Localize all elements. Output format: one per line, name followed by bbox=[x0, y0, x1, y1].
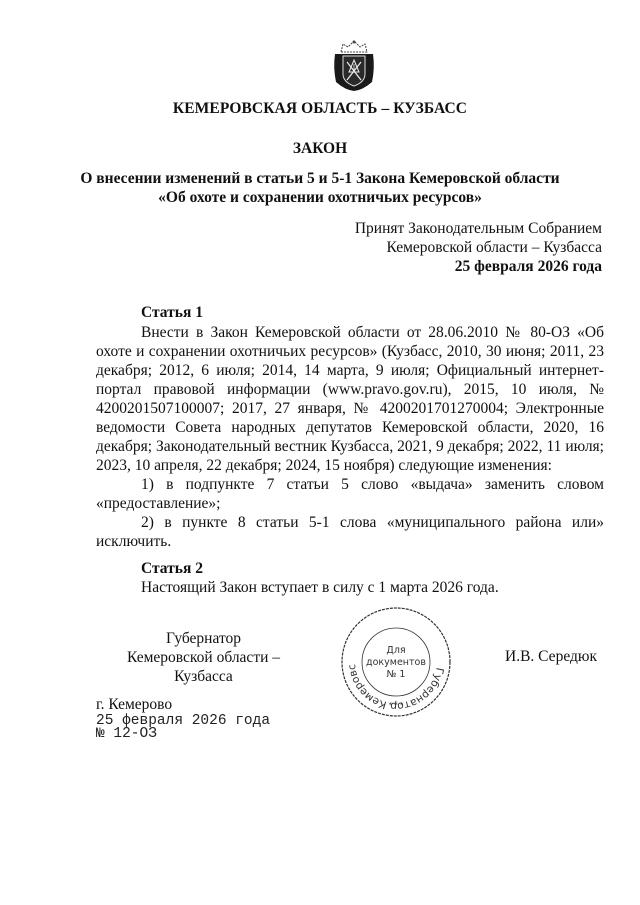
registration-block: 25 февраля 2026 года № 12-ОЗ bbox=[96, 715, 270, 741]
governor-title: Губернатор Кемеровской области – Кузбасс… bbox=[96, 629, 311, 686]
adoption-line2: Кемеровской области – Кузбасса bbox=[355, 238, 602, 257]
registration-number: № 12-ОЗ bbox=[96, 728, 270, 741]
article-1-item-1: 1) в подпункте 7 статьи 5 слово «выдача»… bbox=[96, 475, 604, 513]
stamp-stars: * * * bbox=[389, 701, 404, 709]
law-subject: О внесении изменений в статьи 5 и 5-1 За… bbox=[0, 169, 640, 207]
article-1-paragraph: Внести в Закон Кемеровской области от 28… bbox=[96, 323, 604, 475]
coat-of-arms-icon bbox=[331, 38, 377, 92]
official-stamp: Губернатор Кемеровской области - Кузбасс… bbox=[340, 606, 452, 718]
governor-title-line1: Губернатор bbox=[96, 629, 311, 648]
law-subject-line1: О внесении изменений в статьи 5 и 5-1 За… bbox=[0, 169, 640, 188]
article-2-body: Настоящий Закон вступает в силу с 1 март… bbox=[141, 579, 499, 597]
article-1-heading: Статья 1 bbox=[141, 304, 203, 322]
stamp-center-line1: Для bbox=[386, 645, 405, 656]
adoption-date: 25 февраля 2026 года bbox=[355, 257, 602, 276]
city-label: г. Кемерово bbox=[96, 696, 172, 714]
adoption-block: Принят Законодательным Собранием Кемеров… bbox=[355, 219, 602, 276]
document-type: ЗАКОН bbox=[0, 140, 640, 158]
law-subject-line2: «Об охоте и сохранении охотничьих ресурс… bbox=[0, 188, 640, 207]
governor-title-line2: Кемеровской области – Кузбасса bbox=[96, 648, 311, 686]
coat-of-arms-emblem bbox=[331, 38, 377, 92]
stamp-seal-icon: Губернатор Кемеровской области - Кузбасс… bbox=[340, 606, 452, 718]
article-1-body: Внести в Закон Кемеровской области от 28… bbox=[96, 323, 604, 551]
stamp-center-line3: № 1 bbox=[387, 669, 406, 680]
governor-name: И.В. Середюк bbox=[505, 648, 597, 666]
adoption-line1: Принят Законодательным Собранием bbox=[355, 219, 602, 238]
article-2-heading: Статья 2 bbox=[141, 560, 203, 578]
article-1-item-2: 2) в пункте 8 статьи 5-1 слова «муниципа… bbox=[96, 513, 604, 551]
region-title: КЕМЕРОВСКАЯ ОБЛАСТЬ – КУЗБАСС bbox=[0, 100, 640, 118]
stamp-center-line2: документов bbox=[366, 657, 426, 668]
